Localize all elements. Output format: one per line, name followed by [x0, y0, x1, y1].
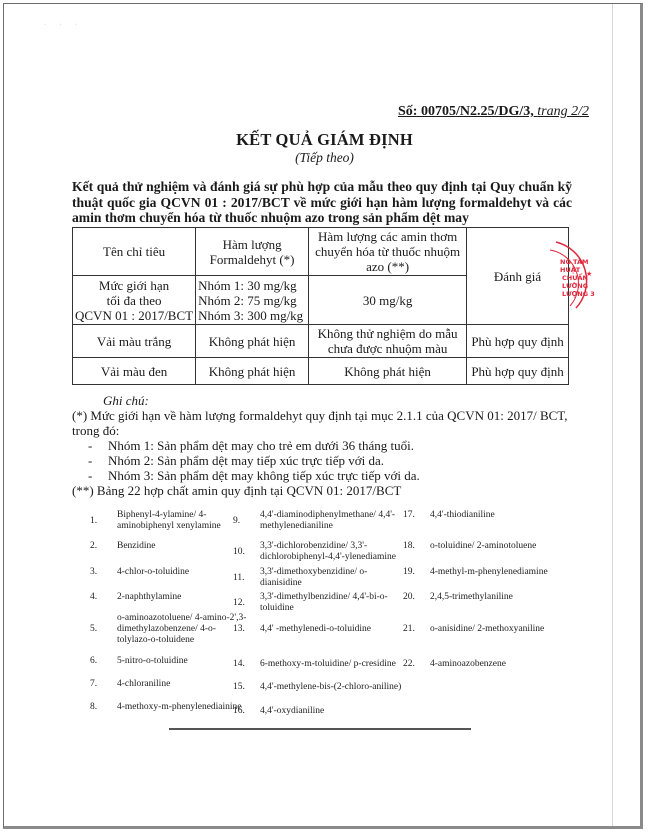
amine-name: o-aminoazotoluene/ 4-amino-2',3-dimethyl… — [117, 613, 247, 646]
notes-heading: Ghi chú: — [72, 393, 577, 408]
amine-name: 4-chloraniline — [117, 679, 247, 690]
notes-section: Ghi chú: (*) Mức giới hạn về hàm lượng f… — [72, 393, 577, 498]
page-edge-line — [612, 4, 613, 826]
sample-name: Vải màu trắng — [73, 325, 196, 358]
amine-name: 4-methoxy-m-phenylenediainine — [117, 702, 247, 713]
amine-name: 3,3'-dimethylbenzidine/ 4,4'-bi-o-toluid… — [260, 592, 405, 614]
svg-text:CHUẨN: CHUẨN — [562, 272, 588, 282]
amine-number: 8. — [90, 702, 110, 713]
svg-text:LƯỢNG 3: LƯỢNG 3 — [562, 290, 595, 298]
svg-text:LƯỜNG: LƯỜNG — [562, 281, 588, 290]
amine-name: 4-chlor-o-toluidine — [117, 567, 247, 578]
amine-number: 4. — [90, 592, 110, 603]
amine-number: 15. — [233, 682, 253, 693]
amine-result-line: chưa được nhuộm màu — [311, 341, 464, 356]
group-item: Nhóm 2: Sản phẩm dệt may tiếp xúc trực t… — [88, 453, 577, 468]
amine-number: 1. — [90, 516, 110, 527]
svg-text:★: ★ — [586, 270, 592, 278]
amine-number: 17. — [403, 510, 423, 521]
header-cell: Hàm lượng Formaldehyt (*) — [196, 228, 309, 276]
amine-number: 5. — [90, 624, 110, 635]
document-number: Số: 00705/N2.25/DG/3, trang 2/2 — [398, 104, 589, 120]
amine-number: 11. — [233, 573, 253, 584]
limit-group: Nhóm 3: 300 mg/kg — [198, 308, 306, 323]
amine-name: 4,4'-methylene-bis-(2-chloro-aniline) — [260, 682, 405, 693]
sample-name: Vải màu đen — [73, 358, 196, 385]
amine-name: 2-naphthylamine — [117, 592, 247, 603]
amine-number: 10. — [233, 547, 253, 558]
amine-name: Benzidine — [117, 541, 247, 552]
note-formaldehyde: (*) Mức giới hạn về hàm lượng formaldehy… — [72, 408, 577, 438]
table-row: Vải màu trắng Không phát hiện Không thử … — [73, 325, 569, 358]
amine-name: 4,4'-thiodianiline — [430, 510, 610, 521]
amine-result: Không phát hiện — [309, 358, 467, 385]
amine-name: 4-methyl-m-phenylenediamine — [430, 567, 610, 578]
results-table: Tên chỉ tiêu Hàm lượng Formaldehyt (*) H… — [72, 227, 569, 385]
amine-number: 18. — [403, 541, 423, 552]
amine-name: Biphenyl-4-ylamine/ 4-aminobiphenyl xeny… — [117, 510, 247, 532]
amine-name: 6-methoxy-m-toluidine/ p-cresidine — [260, 659, 405, 670]
header-formaldehyde: Hàm lượng Formaldehyt (*) — [205, 237, 300, 267]
limit-formaldehyde: Nhóm 1: 30 mg/kg Nhóm 2: 75 mg/kg Nhóm 3… — [196, 276, 309, 325]
limit-group: Nhóm 2: 75 mg/kg — [198, 293, 306, 308]
amine-name: 3,3'-dichlorobenzidine/ 3,3'-dichlorobip… — [260, 541, 405, 563]
formaldehyde-result: Không phát hiện — [196, 358, 309, 385]
amine-number: 16. — [233, 706, 253, 717]
page-title: KẾT QUẢ GIÁM ĐỊNH — [0, 130, 649, 150]
intro-paragraph: Kết quả thử nghiệm và đánh giá sự phù hợ… — [72, 179, 572, 226]
amine-number: 20. — [403, 592, 423, 603]
amine-number: 3. — [90, 567, 110, 578]
limit-label-line: QCVN 01 : 2017/BCT — [75, 308, 193, 323]
amine-result: Không thử nghiệm do mẫu chưa được nhuộm … — [309, 325, 467, 358]
header-cell: Tên chỉ tiêu — [73, 228, 196, 276]
amine-number: 14. — [233, 659, 253, 670]
scan-specks: · · · — [44, 22, 83, 28]
amine-name: 4,4'-diaminodiphenylmethane/ 4,4'-methyl… — [260, 510, 405, 532]
amine-name: 2,4,5-trimethylaniline — [430, 592, 610, 603]
group-item: Nhóm 1: Sản phẩm dệt may cho trẻ em dưới… — [88, 438, 577, 453]
evaluation: Phù hợp quy định — [467, 325, 569, 358]
amine-number: 9. — [233, 516, 253, 527]
limit-group: Nhóm 1: 30 mg/kg — [198, 278, 306, 293]
amine-number: 12. — [233, 598, 253, 609]
amine-name: 5-nitro-o-toluidine — [117, 656, 247, 667]
table-header-row: Tên chỉ tiêu Hàm lượng Formaldehyt (*) H… — [73, 228, 569, 276]
evaluation: Phù hợp quy định — [467, 358, 569, 385]
amine-number: 19. — [403, 567, 423, 578]
amine-number: 21. — [403, 624, 423, 635]
end-rule — [169, 728, 471, 730]
amine-number: 6. — [90, 656, 110, 667]
formaldehyde-result: Không phát hiện — [196, 325, 309, 358]
amine-name: 4,4'-oxydianiline — [260, 706, 405, 717]
group-list: Nhóm 1: Sản phẩm dệt may cho trẻ em dưới… — [72, 438, 577, 483]
amine-name: 3,3'-dimethoxybenzidine/ o-dianisidine — [260, 567, 405, 589]
stamp-text: NG TÂM — [560, 257, 588, 266]
amine-number: 22. — [403, 659, 423, 670]
limit-label: Mức giới hạn tối đa theo QCVN 01 : 2017/… — [73, 276, 196, 325]
page-indicator: trang 2/2 — [537, 104, 589, 119]
header-cell: Hàm lượng các amin thơm chuyển hóa từ th… — [309, 228, 467, 276]
amine-name: o-anisidine/ 2-methoxyaniline — [430, 624, 610, 635]
table-row: Vải màu đen Không phát hiện Không phát h… — [73, 358, 569, 385]
limit-amine: 30 mg/kg — [309, 276, 467, 325]
svg-text:HUẬT: HUẬT — [560, 265, 581, 274]
amine-name: 4,4' -methylenedi-o-toluidine — [260, 624, 405, 635]
amine-number: 7. — [90, 679, 110, 690]
limit-label-line: Mức giới hạn — [75, 278, 193, 293]
amine-result-line: Không thử nghiệm do mẫu — [311, 326, 464, 341]
official-stamp-icon: NG TÂM HUẬT CHUẨN LƯỜNG LƯỢNG 3 ★ — [516, 236, 596, 316]
group-item: Nhóm 3: Sản phẩm dệt may không tiếp xúc … — [88, 468, 577, 483]
note-amine: (**) Bảng 22 hợp chất amin quy định tại … — [72, 483, 577, 498]
page-subtitle: (Tiếp theo) — [0, 150, 649, 166]
limit-label-line: tối đa theo — [75, 293, 193, 308]
doc-number-text: Số: 00705/N2.25/DG/3, — [398, 104, 534, 119]
amine-name: 4-aminoazobenzene — [430, 659, 610, 670]
amine-number: 2. — [90, 541, 110, 552]
header-amine: Hàm lượng các amin thơm chuyển hóa từ th… — [313, 229, 463, 274]
amine-number: 13. — [233, 624, 253, 635]
amine-name: o-toluidine/ 2-aminotoluene — [430, 541, 610, 552]
